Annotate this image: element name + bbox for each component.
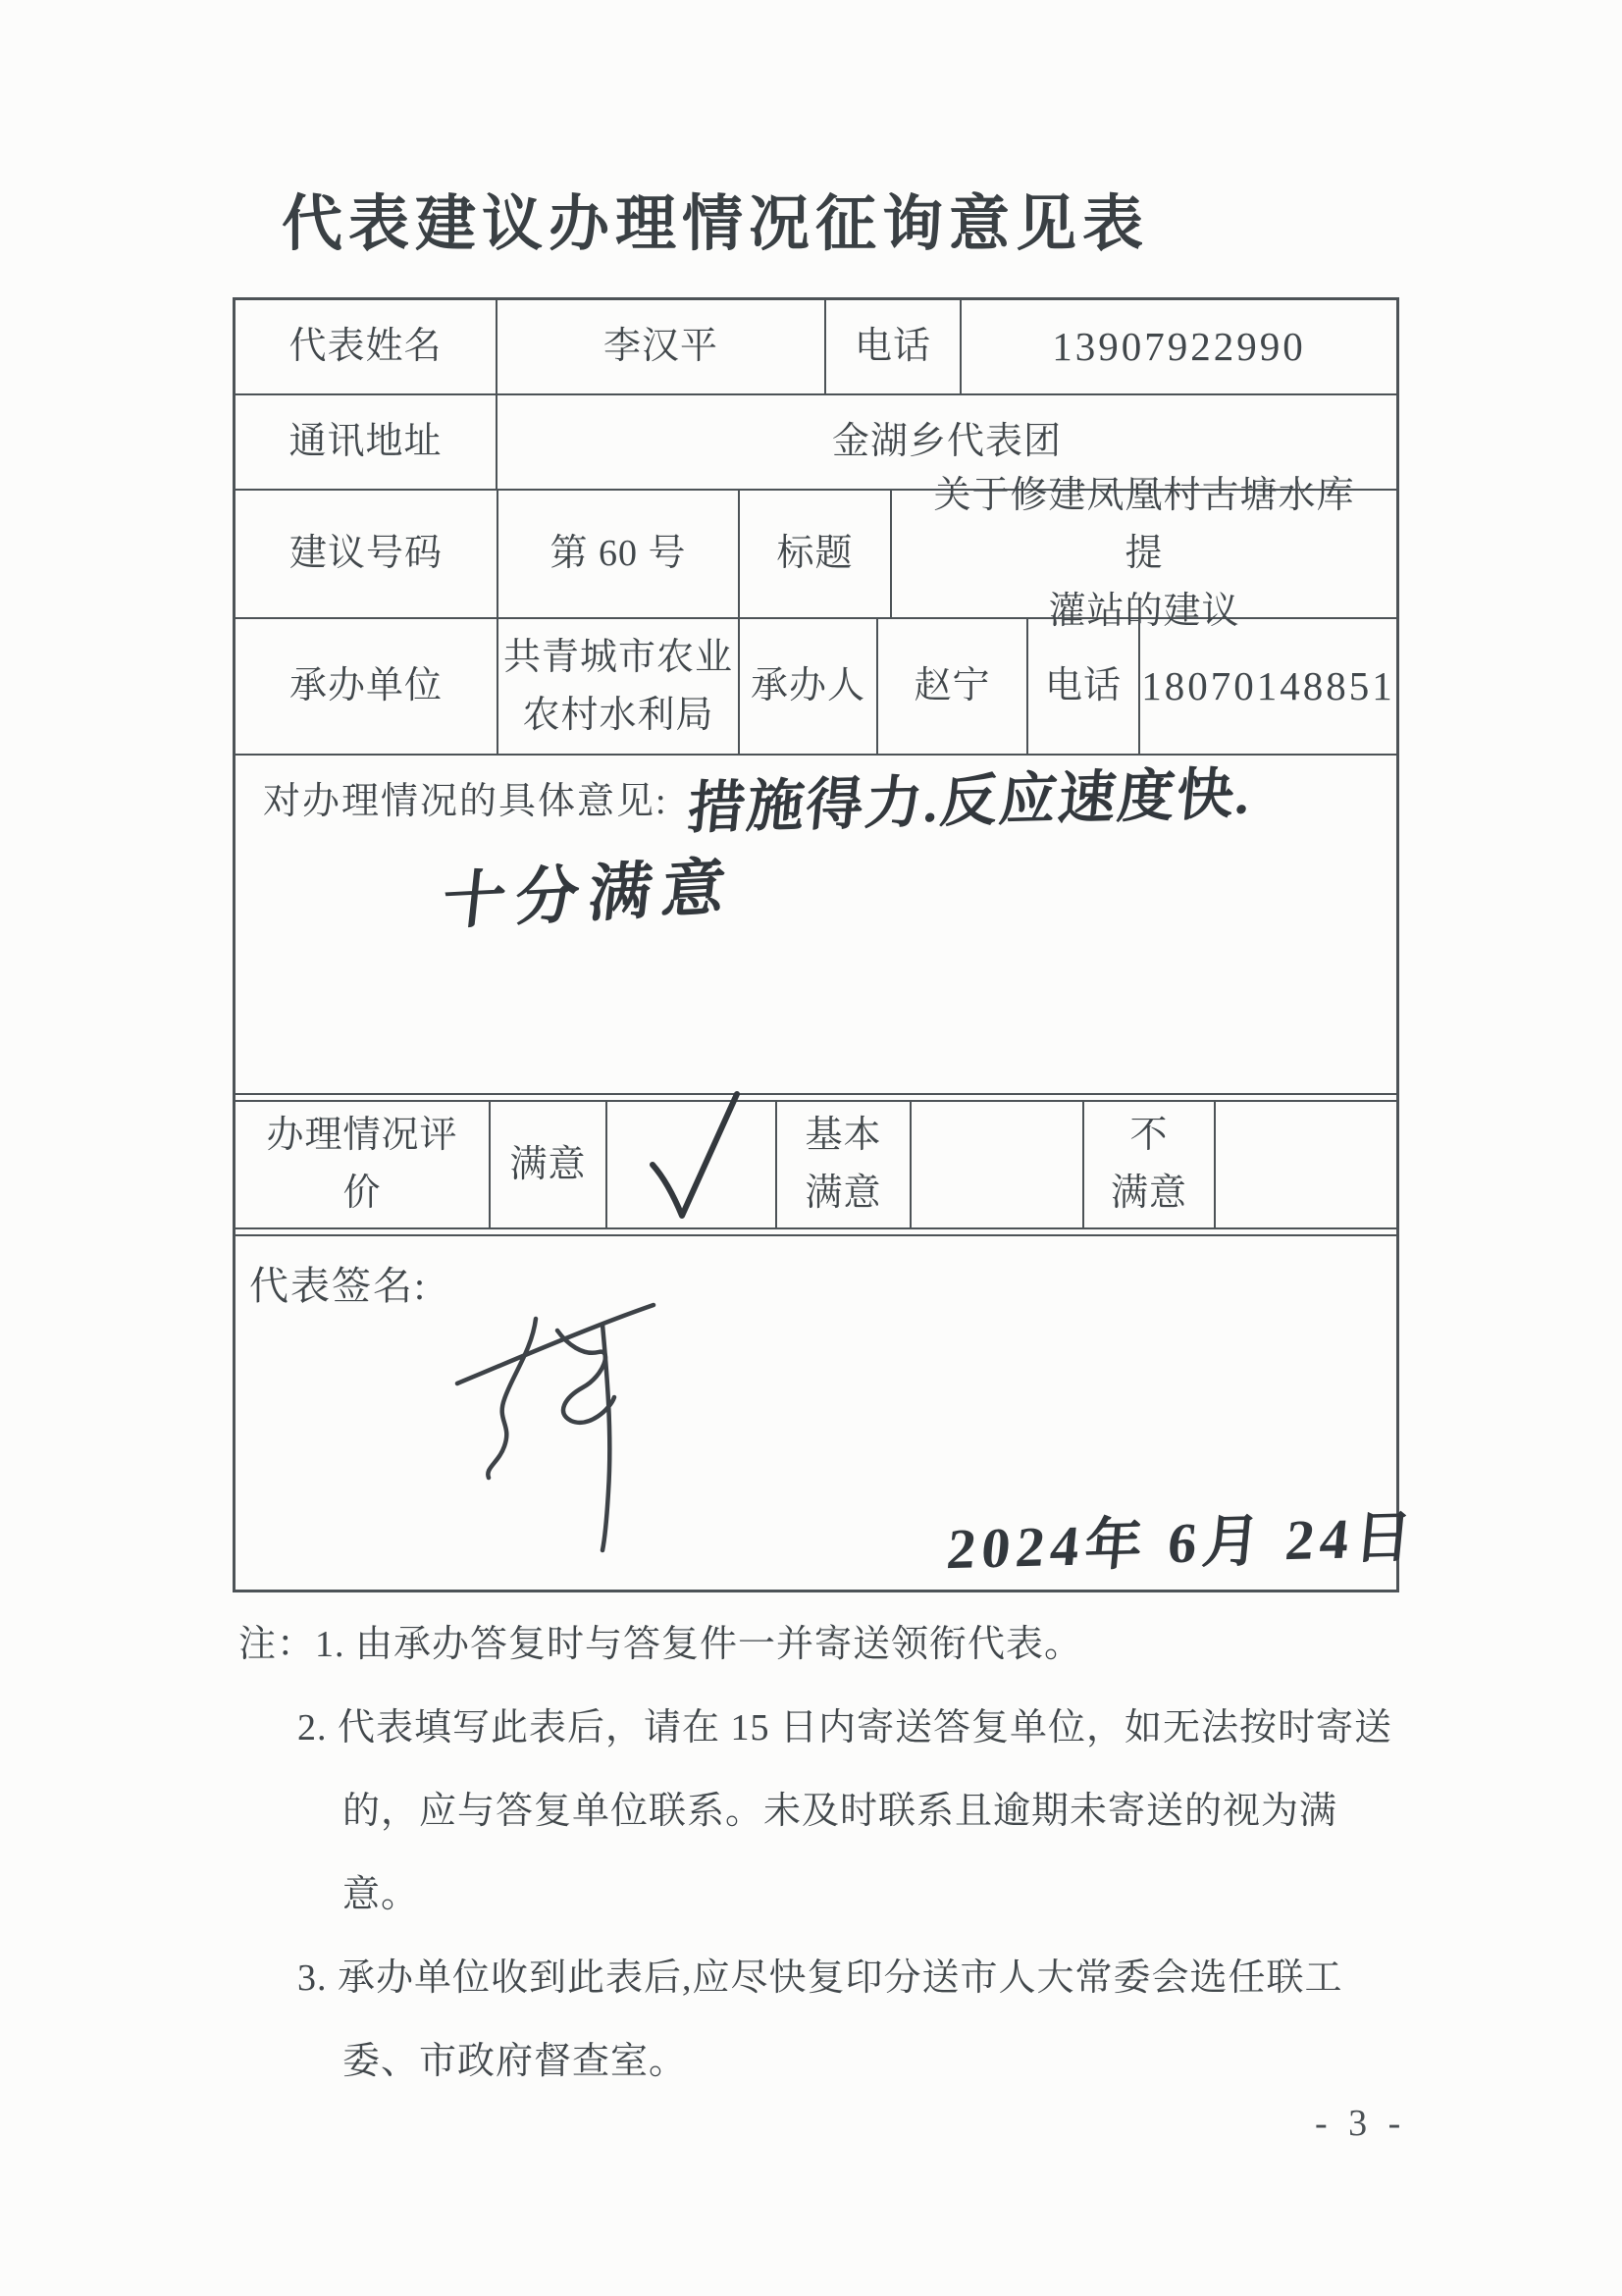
evaluation-label: 办理情况评 价 bbox=[235, 1102, 491, 1227]
note-item-3: 3. 承办单位收到此表后,应尽快复印分送市人大常委会选任联工委、市政府督查室。 bbox=[297, 1937, 1401, 2104]
note-item-1: 注： 1. 由承办答复时与答复件一并寄送领衔代表。 bbox=[238, 1603, 1401, 1687]
suggestion-title-label: 标题 bbox=[740, 491, 892, 617]
signature-cell: 代表签名: 2024年 6月 24日 bbox=[235, 1236, 1396, 1590]
row-suggestion: 建议号码 第 60 号 标题 关于修建凤凰村古塘水库提 灌站的建议 bbox=[235, 491, 1396, 619]
row-signature: 代表签名: 2024年 6月 24日 bbox=[235, 1236, 1396, 1590]
option-basically-satisfied-label: 基本 满意 bbox=[777, 1102, 912, 1227]
rep-name-value: 李汉平 bbox=[497, 300, 826, 393]
option-not-satisfied-markbox bbox=[1216, 1102, 1396, 1227]
double-rule bbox=[235, 1095, 1396, 1102]
person-value: 赵宁 bbox=[878, 619, 1028, 754]
rep-phone-label: 电话 bbox=[826, 300, 962, 393]
option-satisfied-markbox bbox=[607, 1102, 777, 1227]
option-basically-satisfied-markbox bbox=[912, 1102, 1084, 1227]
person-label: 承办人 bbox=[740, 619, 878, 754]
signature-label: 代表签名: bbox=[249, 1256, 427, 1317]
row-evaluation: 办理情况评 价 满意 基本 满意 不 满意 bbox=[235, 1102, 1396, 1229]
note-prefix: 注： bbox=[238, 1603, 315, 1687]
opinion-handwriting-line2: 十分满意 bbox=[438, 838, 741, 951]
row-opinion: 对办理情况的具体意见: 措施得力.反应速度快. 十分满意 bbox=[235, 756, 1396, 1095]
opinion-handwriting-line1: 措施得力.反应速度快. bbox=[684, 751, 1256, 854]
suggestion-no-value: 第 60 号 bbox=[498, 491, 740, 617]
org-value: 共青城市农业 农村水利局 bbox=[498, 619, 740, 754]
rep-name-label: 代表姓名 bbox=[235, 300, 497, 393]
feedback-form-table: 代表姓名 李汉平 电话 13907922990 通讯地址 金湖乡代表团 建议号码… bbox=[233, 297, 1399, 1592]
note-item-2: 2. 代表填写此表后，请在 15 日内寄送答复单位，如无法按时寄送的，应与答复单… bbox=[297, 1687, 1401, 1937]
row-representative: 代表姓名 李汉平 电话 13907922990 bbox=[235, 300, 1396, 395]
suggestion-no-label: 建议号码 bbox=[235, 491, 498, 617]
rep-phone-value: 13907922990 bbox=[962, 300, 1396, 393]
checkmark-icon bbox=[635, 1080, 753, 1237]
signature-date-handwriting: 2024年 6月 24日 bbox=[943, 1493, 1422, 1593]
scanned-form-page: 代表建议办理情况征询意见表 代表姓名 李汉平 电话 13907922990 通讯… bbox=[0, 0, 1622, 2296]
opinion-label: 对办理情况的具体意见: bbox=[263, 773, 668, 831]
opinion-cell: 对办理情况的具体意见: 措施得力.反应速度快. 十分满意 bbox=[235, 756, 1396, 1093]
option-satisfied-label: 满意 bbox=[491, 1102, 607, 1227]
suggestion-title-value: 关于修建凤凰村古塘水库提 灌站的建议 bbox=[892, 491, 1396, 617]
footnotes: 注： 1. 由承办答复时与答复件一并寄送领衔代表。 2. 代表填写此表后，请在 … bbox=[238, 1603, 1401, 2104]
representative-signature-handwriting bbox=[410, 1274, 705, 1568]
double-rule bbox=[235, 1229, 1396, 1236]
address-label: 通讯地址 bbox=[235, 395, 497, 489]
org-phone-value: 18070148851 bbox=[1140, 619, 1396, 754]
org-label: 承办单位 bbox=[235, 619, 498, 754]
org-phone-label: 电话 bbox=[1028, 619, 1140, 754]
page-number: - 3 - bbox=[1315, 2102, 1406, 2145]
option-not-satisfied-label: 不 满意 bbox=[1084, 1102, 1216, 1227]
row-undertaker: 承办单位 共青城市农业 农村水利局 承办人 赵宁 电话 18070148851 bbox=[235, 619, 1396, 756]
form-title: 代表建议办理情况征询意见表 bbox=[282, 175, 1149, 262]
note-text-1: 1. 由承办答复时与答复件一并寄送领衔代表。 bbox=[315, 1603, 1082, 1687]
